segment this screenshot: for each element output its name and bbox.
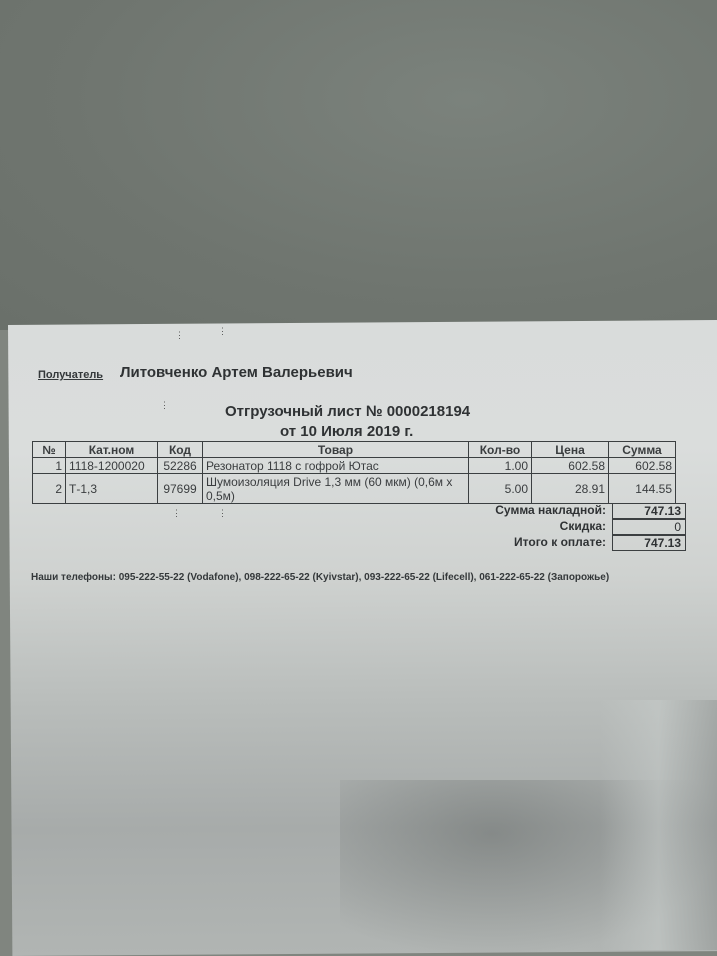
header-sum: Сумма bbox=[609, 442, 676, 458]
cell-qty: 5.00 bbox=[469, 474, 532, 504]
header-name: Товар bbox=[203, 442, 469, 458]
cell-qty: 1.00 bbox=[469, 458, 532, 474]
cell-no: 2 bbox=[33, 474, 66, 504]
print-artifact: ⋮ bbox=[175, 330, 184, 341]
cell-cat: 1118-1200020 bbox=[66, 458, 158, 474]
items-table: № Кат.ном Код Товар Кол-во Цена Сумма 1 … bbox=[32, 441, 676, 504]
contact-phones: Наши телефоны: 095-222-55-22 (Vodafone),… bbox=[31, 572, 609, 583]
total-label: Итого к оплате: bbox=[514, 535, 606, 549]
table-row: 2 Т-1,3 97699 Шумоизоляция Drive 1,3 мм … bbox=[33, 474, 676, 504]
recipient-label: Получатель bbox=[38, 369, 103, 381]
cell-name: Шумоизоляция Drive 1,3 мм (60 мкм) (0,6м… bbox=[203, 474, 469, 504]
invoice-sum-row: Сумма накладной: 747.13 bbox=[450, 503, 690, 519]
print-artifact: ⋮ bbox=[218, 508, 227, 519]
cell-sum: 602.58 bbox=[609, 458, 676, 474]
cell-code: 52286 bbox=[158, 458, 203, 474]
header-qty: Кол-во bbox=[469, 442, 532, 458]
total-value: 747.13 bbox=[612, 535, 686, 551]
cell-code: 97699 bbox=[158, 474, 203, 504]
document-title: Отгрузочный лист № 0000218194 bbox=[225, 403, 470, 420]
table-row: 1 1118-1200020 52286 Резонатор 1118 с го… bbox=[33, 458, 676, 474]
discount-value: 0 bbox=[612, 519, 686, 535]
cell-name: Резонатор 1118 с гофрой Ютас bbox=[203, 458, 469, 474]
table-header-row: № Кат.ном Код Товар Кол-во Цена Сумма bbox=[33, 442, 676, 458]
header-price: Цена bbox=[532, 442, 609, 458]
invoice-sum-label: Сумма накладной: bbox=[495, 503, 606, 517]
document-date: от 10 Июля 2019 г. bbox=[280, 423, 413, 440]
cell-price: 28.91 bbox=[532, 474, 609, 504]
header-code: Код bbox=[158, 442, 203, 458]
cell-no: 1 bbox=[33, 458, 66, 474]
discount-label: Скидка: bbox=[560, 519, 606, 533]
invoice-sum-value: 747.13 bbox=[612, 503, 686, 519]
cell-cat: Т-1,3 bbox=[66, 474, 158, 504]
shipping-document: Получатель Литовченко Артем Валерьевич О… bbox=[0, 0, 717, 956]
header-no: № bbox=[33, 442, 66, 458]
cell-sum: 144.55 bbox=[609, 474, 676, 504]
discount-row: Скидка: 0 bbox=[450, 519, 690, 535]
total-row: Итого к оплате: 747.13 bbox=[450, 535, 690, 551]
print-artifact: ⋮ bbox=[218, 326, 227, 337]
cell-price: 602.58 bbox=[532, 458, 609, 474]
print-artifact: ⋮ bbox=[172, 508, 181, 519]
print-artifact: ⋮ bbox=[160, 400, 169, 411]
header-cat: Кат.ном bbox=[66, 442, 158, 458]
recipient-name: Литовченко Артем Валерьевич bbox=[120, 364, 353, 381]
